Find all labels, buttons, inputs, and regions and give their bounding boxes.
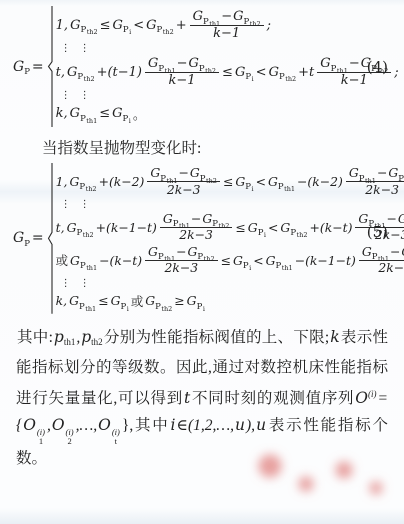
left-brace-icon xyxy=(46,163,55,314)
equation-5-lines: 1,GPth2+(k−2)GPth1−GPth22k−3≤GPi<GPth1−(… xyxy=(55,163,404,314)
equation-4-block: GP= 1,GPth2≤GPi<GPth2+GPth1−GPth2k−1;⋮⋮t… xyxy=(12,6,390,127)
equation-5-block: GP= 1,GPth2+(k−2)GPth1−GPth22k−3≤GPi<GPt… xyxy=(12,163,390,314)
equation-4-number: (4) xyxy=(367,58,388,76)
body-paragraph: 其中:pth1,pth2分别为性能指标阀值的上、下限;k表示性能指标划分的等级数… xyxy=(16,324,388,472)
equation-4-lhs: GP= xyxy=(12,59,45,75)
equation-5-number: (5) xyxy=(367,223,388,241)
left-brace-icon xyxy=(46,6,55,127)
equation-5-lhs: GP= xyxy=(12,230,45,246)
paper-page: GP= 1,GPth2≤GPi<GPth2+GPth1−GPth2k−1;⋮⋮t… xyxy=(0,0,404,524)
section-heading: 当指数呈抛物型变化时: xyxy=(42,136,390,158)
equation-4-lines: 1,GPth2≤GPi<GPth2+GPth1−GPth2k−1;⋮⋮t,GPt… xyxy=(55,6,400,127)
